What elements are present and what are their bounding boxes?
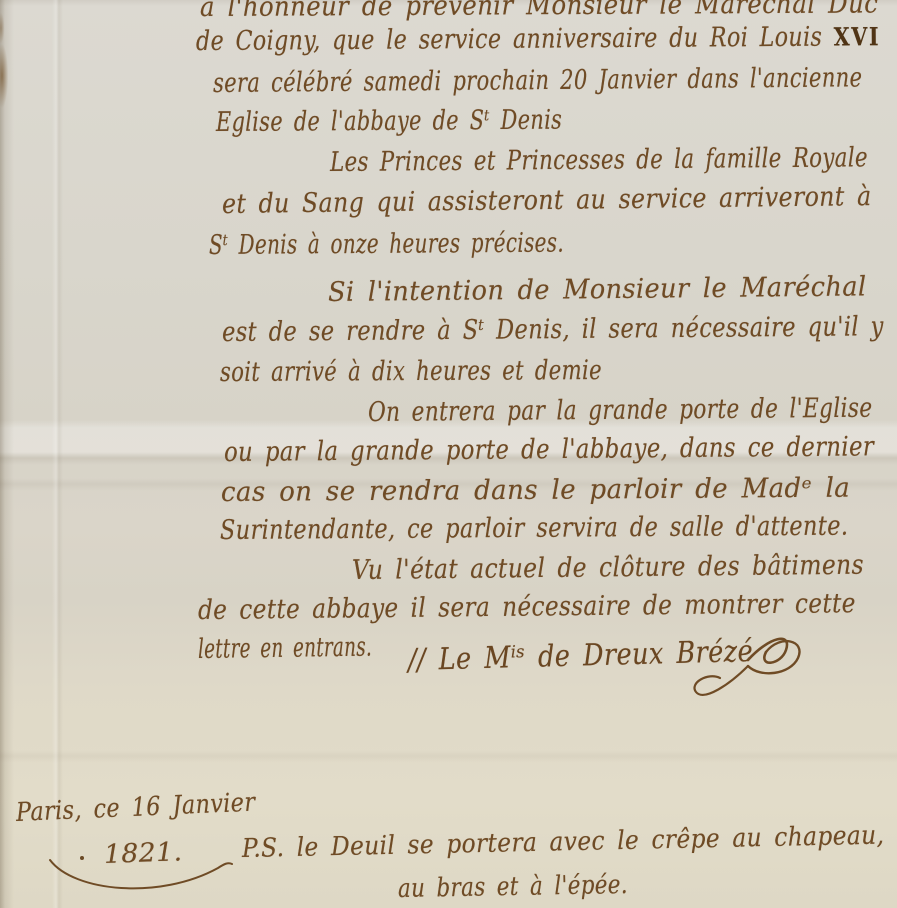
- letter-line: sera célébré samedi prochain 20 Janvier …: [213, 64, 863, 97]
- postscript-line: au bras et à l'épée.: [398, 872, 628, 902]
- letter-line: lettre en entrans.: [198, 634, 372, 663]
- letter-line: de Coigny, que le service anniversaire d…: [196, 23, 880, 55]
- letter-line: est de se rendre à Sᵗ Denis, il sera néc…: [222, 313, 884, 346]
- letter-line: Vu l'état actuel de clôture des bâtimens: [352, 552, 864, 584]
- letter-line: Eglise de l'abbaye de Sᵗ Denis: [216, 107, 562, 136]
- postscript-line: P.S. le Deuil se portera avec le crêpe a…: [242, 823, 885, 862]
- letter-line: Sᵗ Denis à onze heures précises.: [209, 230, 564, 259]
- date-underline-flourish: [40, 852, 250, 904]
- letter-line: et du Sang qui assisteront au service ar…: [222, 183, 872, 218]
- letter-line: On entrera par la grande porte de l'Egli…: [368, 395, 873, 426]
- signature-paraph-flourish: [620, 626, 830, 714]
- letter-line: ou par la grande porte de l'abbaye, dans…: [224, 433, 874, 466]
- letter-line: soit arrivé à dix heures et demie: [220, 357, 602, 386]
- letter-line: à l'honneur de prévenir Monsieur le Maré…: [200, 0, 878, 21]
- manuscript-page: à l'honneur de prévenir Monsieur le Maré…: [0, 0, 897, 908]
- dateline-place: Paris, ce 16 Janvier: [15, 790, 255, 826]
- letter-line: Si l'intention de Monsieur le Maréchal: [328, 273, 867, 306]
- ink-speck: [80, 856, 84, 860]
- letter-line: de cette abbaye il sera nécessaire de mo…: [198, 590, 856, 624]
- letter-line: Les Princes et Princesses de la famille …: [330, 144, 868, 176]
- letter-line-text: de Coigny, que le service anniversaire d…: [196, 22, 834, 57]
- roman-numeral-louis-xvi: XVI: [834, 22, 881, 51]
- letter-line: cas on se rendra dans le parloir de Madᵉ…: [221, 475, 850, 506]
- letter-line: Surintendante, ce parloir servira de sal…: [220, 513, 848, 544]
